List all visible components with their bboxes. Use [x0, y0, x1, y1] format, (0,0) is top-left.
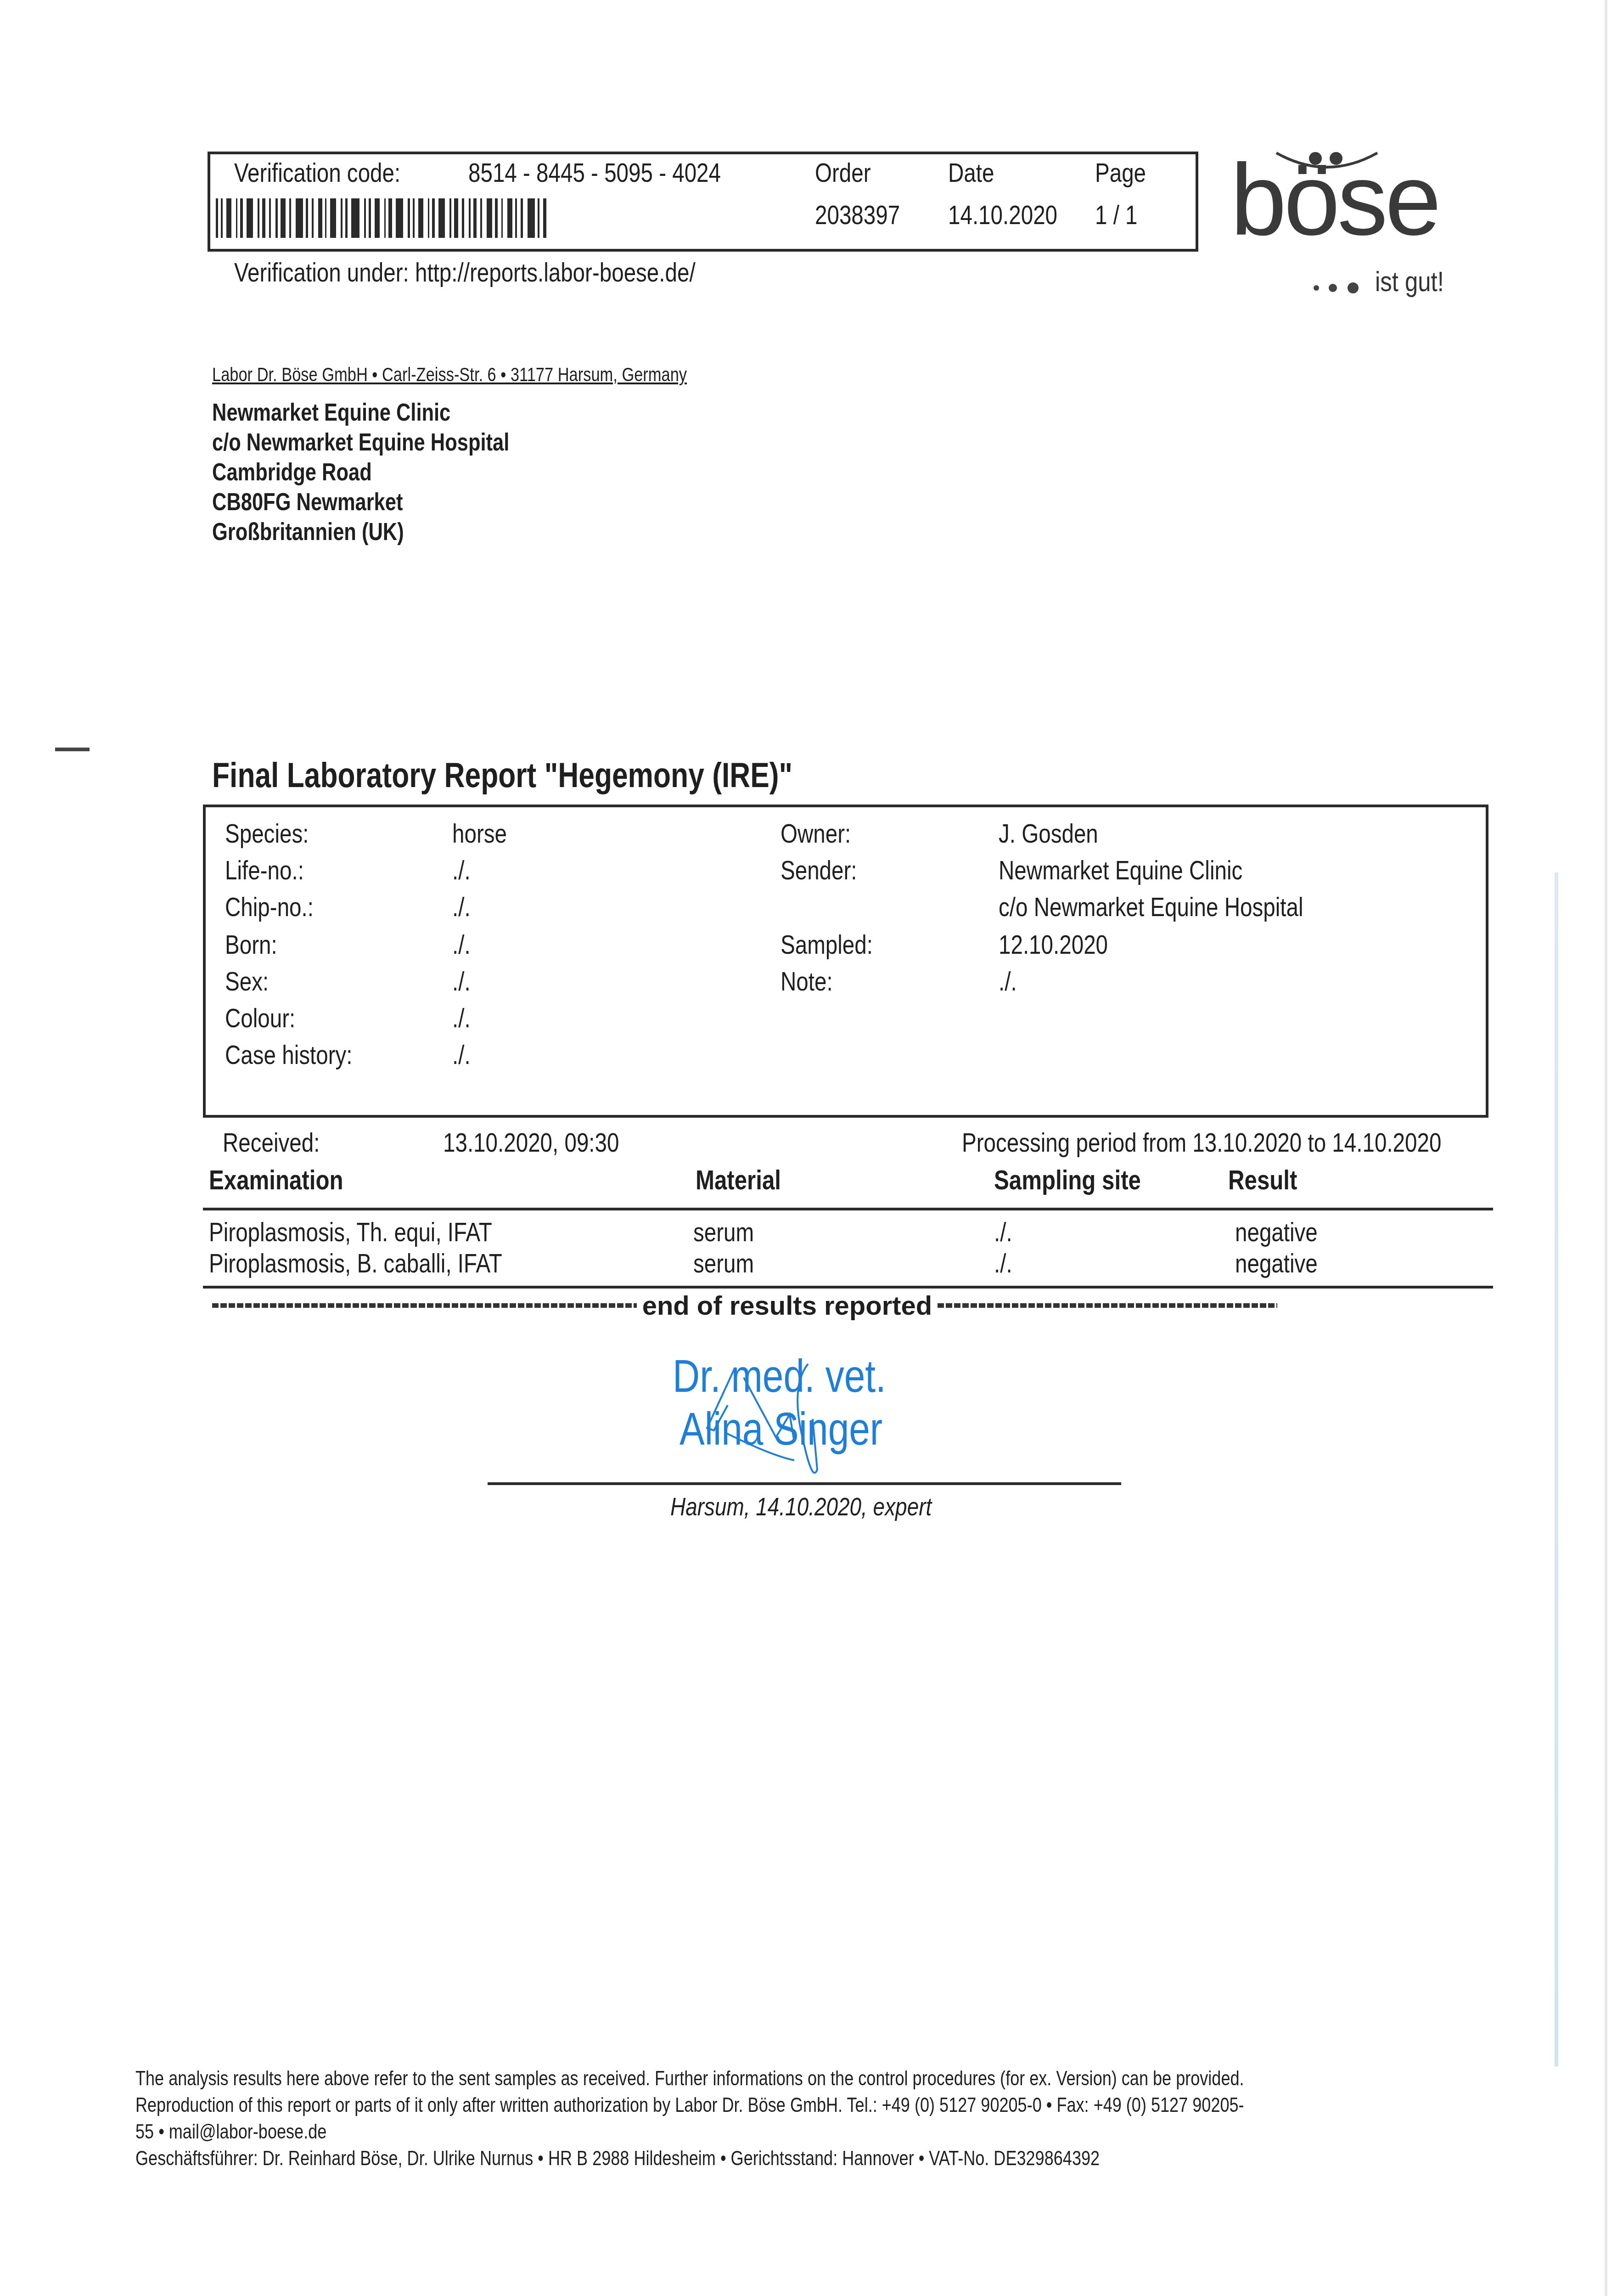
scan-artifact [1555, 872, 1558, 2066]
page-number: 1 / 1 [1095, 202, 1138, 229]
page-label: Page [1095, 160, 1146, 186]
order-number: 2038397 [815, 202, 900, 229]
logo-dots-icon [1311, 281, 1370, 295]
sender-address-line: Labor Dr. Böse GmbH • Carl-Zeiss-Str. 6 … [212, 364, 687, 386]
logo-tagline: ist gut! [1375, 265, 1444, 298]
company-logo: böse [1230, 149, 1438, 250]
received-label: Received: [223, 1127, 320, 1158]
column-header-result: Result [1228, 1164, 1297, 1196]
column-header-sampling-site: Sampling site [994, 1164, 1141, 1196]
patient-field-value: ./. [452, 929, 471, 960]
patient-field-value: ./. [452, 1040, 471, 1070]
footer-contact: Reproduction of this report or parts of … [135, 2094, 1244, 2117]
cell-site: ./. [994, 1248, 1012, 1279]
report-title: Final Laboratory Report "Hegemony (IRE)" [212, 755, 792, 795]
cell-material: serum [693, 1248, 754, 1279]
dashed-rule [938, 1303, 1277, 1308]
order-label: Order [815, 160, 871, 186]
barcode [216, 198, 551, 238]
report-date: 14.10.2020 [948, 202, 1057, 229]
patient-info-box [203, 805, 1488, 1118]
patient-field-value: ./. [452, 892, 471, 923]
recipient-line: Großbritannien (UK) [212, 518, 404, 546]
column-header-examination: Examination [209, 1164, 343, 1196]
handwritten-signature-icon [634, 1350, 955, 1497]
fold-mark [55, 748, 90, 751]
patient-field-value: ./. [452, 1003, 471, 1034]
verification-code-label: Verification code: [234, 160, 400, 186]
owner-value: J. Gosden [999, 818, 1098, 849]
signature-line [488, 1482, 1121, 1485]
table-divider [203, 1208, 1493, 1210]
patient-field-label: Born: [225, 929, 277, 960]
cell-result: negative [1235, 1217, 1318, 1248]
sampled-value: 12.10.2020 [999, 929, 1108, 960]
scan-artifact [1605, 0, 1607, 2296]
footer-disclaimer: The analysis results here above refer to… [135, 2067, 1244, 2090]
patient-field-value: horse [452, 818, 507, 849]
patient-field-value: ./. [452, 855, 471, 886]
cell-site: ./. [994, 1217, 1012, 1248]
table-divider [203, 1286, 1493, 1289]
patient-field-label: Case history: [225, 1040, 353, 1070]
end-of-results: end of results reported [212, 1289, 1277, 1322]
sender-label: Sender: [781, 855, 857, 886]
column-header-material: Material [696, 1164, 781, 1196]
patient-field-label: Colour: [225, 1003, 295, 1034]
verification-url[interactable]: Verification under: http://reports.labor… [234, 259, 696, 286]
note-label: Note: [781, 966, 833, 997]
recipient-line: CB80FG Newmarket [212, 488, 403, 516]
patient-field-label: Life-no.: [225, 855, 304, 886]
owner-label: Owner: [781, 818, 851, 849]
note-value: ./. [999, 966, 1017, 997]
sender-value: Newmarket Equine Clinic [999, 855, 1242, 886]
signature-caption: Harsum, 14.10.2020, expert [670, 1491, 932, 1521]
patient-field-value: ./. [452, 966, 471, 997]
patient-field-label: Species: [225, 818, 309, 849]
footer-email[interactable]: 55 • mail@labor-boese.de [135, 2121, 326, 2144]
end-of-results-text: end of results reported [637, 1290, 938, 1321]
processing-period: Processing period from 13.10.2020 to 14.… [962, 1127, 1441, 1158]
footer-company-info: Geschäftsführer: Dr. Reinhard Böse, Dr. … [135, 2147, 1100, 2170]
cell-material: serum [693, 1217, 754, 1248]
patient-field-label: Chip-no.: [225, 892, 314, 923]
dashed-rule [212, 1303, 637, 1308]
sender-value-2: c/o Newmarket Equine Hospital [999, 892, 1303, 923]
sampled-label: Sampled: [781, 929, 873, 960]
received-value: 13.10.2020, 09:30 [443, 1127, 619, 1158]
cell-result: negative [1235, 1248, 1318, 1279]
recipient-line: Cambridge Road [212, 458, 372, 486]
recipient-line: c/o Newmarket Equine Hospital [212, 428, 509, 456]
patient-field-label: Sex: [225, 966, 269, 997]
cell-examination: Piroplasmosis, Th. equi, IFAT [209, 1217, 492, 1248]
verification-code: 8514 - 8445 - 5095 - 4024 [468, 160, 721, 186]
date-label: Date [948, 160, 994, 186]
cell-examination: Piroplasmosis, B. caballi, IFAT [209, 1248, 502, 1279]
recipient-line: Newmarket Equine Clinic [212, 399, 450, 427]
